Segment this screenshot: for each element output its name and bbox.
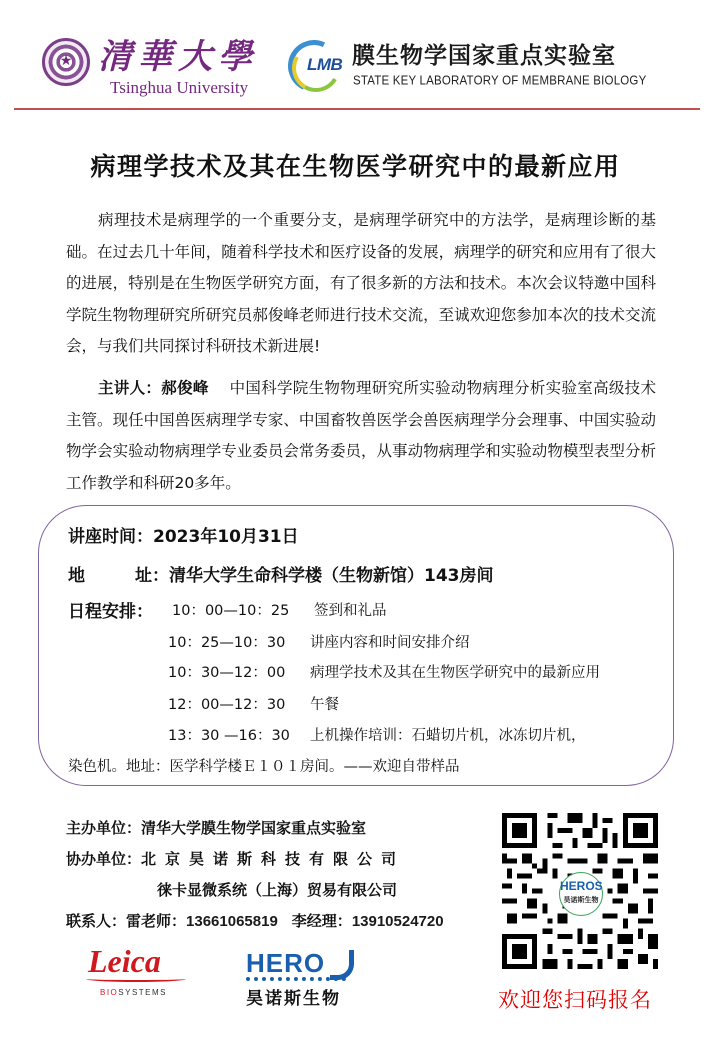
- schedule-time: 13：30 —16：30: [168, 724, 310, 745]
- leica-logo: Leica BIOSYSTEMS: [86, 944, 186, 1004]
- tsinghua-seal-icon: [42, 38, 90, 86]
- header: 清華大學 Tsinghua University LMB 膜生物学国家重点实验室…: [0, 0, 711, 112]
- schedule-time: 10：30—12：00: [168, 661, 310, 682]
- contact-2-phone: 13910524720: [352, 913, 444, 930]
- schedule-time: 10：25—10：30: [168, 631, 310, 652]
- co-organizer-2: 徕卡显微系统（上海）贸易有限公司: [157, 879, 397, 900]
- leica-sub-red: BIO: [100, 988, 118, 997]
- registration-qr-code[interactable]: HEROS 昊诺斯生物: [497, 808, 663, 974]
- lmb-name-en: STATE KEY LABORATORY OF MEMBRANE BIOLOGY: [353, 74, 646, 88]
- schedule-item: 午餐: [310, 697, 339, 713]
- host-organizer: 主办单位：清华大学膜生物学国家重点实验室: [66, 817, 366, 838]
- contact-2-name: 李经理：: [292, 912, 352, 930]
- lecture-time-label: 讲座时间：: [68, 527, 153, 547]
- schedule-row: 13：30 —16：30上机操作培训：石蜡切片机，冰冻切片机，: [168, 724, 586, 745]
- qr-badge-en: HEROS: [560, 877, 602, 895]
- schedule-time: 12：00—12：30: [168, 693, 310, 714]
- contact-1-name: 雷老师：: [126, 912, 186, 930]
- co-organizer-1-value: 北京昊诺斯科技有限公司: [141, 850, 405, 868]
- co-organizer-label: 协办单位：: [66, 850, 141, 868]
- address-value: 清华大学生命科学楼（生物新馆）143房间: [169, 566, 494, 586]
- contact-1-phone: 13661065819: [186, 913, 278, 930]
- schedule-item: 签到和礼品: [314, 603, 387, 619]
- schedule-time: 10：00—10：25: [172, 599, 314, 620]
- schedule-row: 10：25—10：30讲座内容和时间安排介绍: [168, 631, 470, 652]
- host-value: 清华大学膜生物学国家重点实验室: [141, 819, 366, 837]
- lmb-badge: LMB: [307, 55, 342, 75]
- page-title: 病理学技术及其在生物医学研究中的最新应用: [0, 147, 711, 183]
- host-label: 主办单位：: [66, 819, 141, 837]
- address-label-1: 地: [68, 566, 85, 586]
- lecture-address: 地址：清华大学生命科学楼（生物新馆）143房间: [68, 561, 494, 586]
- lecture-time: 讲座时间：2023年10月31日: [68, 522, 299, 547]
- schedule-row: 10：00—10：25签到和礼品: [172, 599, 387, 620]
- schedule-label: 日程安排：: [68, 597, 153, 622]
- co-organizer-1: 协办单位：北京昊诺斯科技有限公司: [66, 848, 405, 869]
- schedule-row: 12：00—12：30午餐: [168, 693, 339, 714]
- lmb-name-cn: 膜生物学国家重点实验室: [352, 42, 616, 70]
- address-label-2: 址：: [135, 566, 169, 586]
- schedule-item: 上机操作培训：石蜡切片机，冰冻切片机，: [310, 728, 586, 744]
- leica-swoosh-icon: [86, 976, 186, 982]
- qr-badge-cn: 昊诺斯生物: [560, 895, 602, 905]
- tsinghua-name-cn: 清華大學: [98, 38, 258, 76]
- intro-paragraph: 病理技术是病理学的一个重要分支，是病理学研究中的方法学，是病理诊断的基础。在过去…: [66, 205, 656, 363]
- lecture-time-value: 2023年10月31日: [153, 527, 299, 547]
- speaker-paragraph: 主讲人：郝俊峰 中国科学院生物物理研究所实验动物病理分析实验室高级技术主管。现任…: [66, 373, 656, 499]
- schedule-row: 10：30—12：00病理学技术及其在生物医学研究中的最新应用: [168, 661, 600, 682]
- contacts: 联系人：雷老师：13661065819李经理：13910524720: [66, 910, 444, 931]
- heros-logo: HERO 昊诺斯生物: [246, 950, 358, 1008]
- schedule-item: 讲座内容和时间安排介绍: [310, 635, 470, 651]
- tsinghua-name-en: Tsinghua University: [110, 78, 248, 98]
- leica-wordmark: Leica: [86, 944, 186, 978]
- schedule-continuation: 染色机。地址：医学科学楼Ｅ１０１房间。——欢迎自带样品: [68, 755, 460, 776]
- contact-label: 联系人：: [66, 912, 126, 930]
- lmb-logo-icon: LMB: [288, 40, 344, 92]
- heros-bar-icon: [246, 977, 346, 981]
- leica-sub-rest: SYSTEMS: [118, 988, 167, 997]
- qr-caption: 欢迎您扫码报名: [498, 984, 652, 1014]
- header-divider: [14, 108, 700, 110]
- heros-badge-icon: HEROS 昊诺斯生物: [559, 872, 603, 916]
- leica-subtitle: BIOSYSTEMS: [100, 988, 167, 997]
- schedule-item: 病理学技术及其在生物医学研究中的最新应用: [310, 665, 600, 681]
- speaker-label: 主讲人：郝俊峰: [98, 379, 209, 397]
- heros-name-cn: 昊诺斯生物: [246, 984, 341, 1009]
